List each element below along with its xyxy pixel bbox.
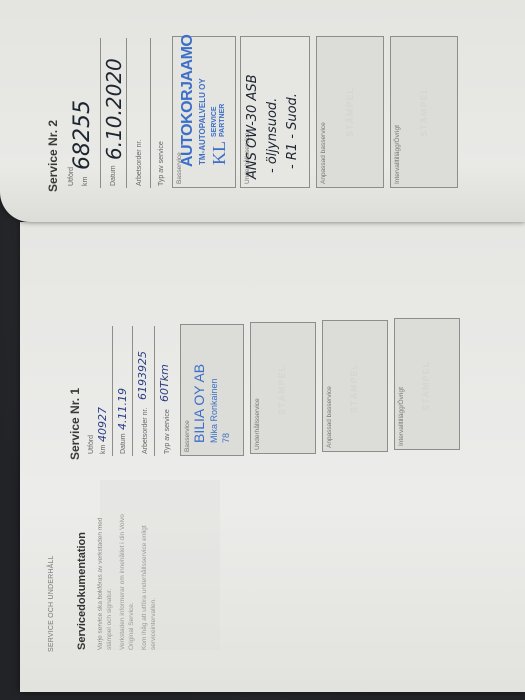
page-right: Service Nr. 2 Utförd km 68255 Datum 6.10… [0, 0, 525, 222]
service-1-stamp-line1: BILIA OY AB [191, 364, 207, 443]
service-2-title: Service Nr. 2 [46, 120, 60, 192]
service-2-km-value: 68255 [70, 100, 95, 170]
service-2-stamp-sub: TM-AUTOPALVELU OY [198, 78, 207, 165]
service-2-datum-label: Datum [110, 165, 117, 186]
booklet-title: Servicedokumentation [76, 532, 88, 650]
service-1-typ-label: Typ av service [164, 409, 171, 454]
service-1-arbetsorder-value: 6193925 [136, 351, 149, 400]
service-1-stamp-line2: Mika Ronkainen [209, 378, 219, 443]
service-2-stamp-brand: AUTOKORJAAMO [179, 35, 197, 167]
service-1-typ-value: 60Tkm [158, 364, 171, 402]
service-1-intervall-box: Intervalltillägg/Övrigt STÄMPEL [394, 318, 460, 450]
service-2-underhall-box: Underhållsservice ANS OW-30 ASB - öljyns… [240, 36, 310, 188]
service-2-note-3: - R1 - Suod. [285, 93, 300, 169]
service-1-title: Service Nr. 1 [68, 388, 82, 460]
service-2-intervall-box: Intervalltillägg/Övrigt STÄMPEL [390, 36, 458, 188]
service-2-note-2: - öljynsuod. [265, 98, 280, 173]
service-1-datum-label: Datum [120, 433, 127, 454]
service-1-stamp-line3: 78 [221, 433, 231, 443]
service-2-stamp-partner1: SERVICE [211, 106, 218, 137]
service-2-datum-value: 6.10.2020 [102, 58, 126, 160]
service-2-stamp-kl: KL [209, 141, 230, 165]
service-1-datum-value: 4.11.19 [116, 388, 129, 430]
service-1-basservice-box: Basservice BILIA OY AB Mika Ronkainen 78 [180, 324, 244, 456]
service-2-arbetsorder-label: Arbetsorder nr. [136, 140, 143, 186]
service-2-basservice-box: Basservice AUTOKORJAAMO TM-AUTOPALVELU O… [172, 36, 236, 188]
service-1-anpassad-box: Anpassad basservice STÄMPEL [322, 320, 388, 452]
section-header: SERVICE OCH UNDERHÅLL [48, 555, 55, 652]
service-2-km-label: km [82, 177, 89, 186]
photo-stage: Service Nr. 3 Utförd km 9792 Datum 3.6. … [0, 0, 525, 700]
service-2-note-1: ANS OW-30 ASB [245, 74, 260, 179]
service-1-km-label: km [100, 445, 107, 454]
service-2-stamp-partner2: PARTNER [219, 104, 226, 137]
intro-shade [100, 480, 220, 650]
page-left: SERVICE OCH UNDERHÅLL Servicedokumentati… [20, 222, 525, 692]
service-1-arbetsorder-label: Arbetsorder nr. [142, 408, 149, 454]
service-2-anpassad-box: Anpassad basservice STÄMPEL [316, 36, 384, 188]
service-2-typ-label: Typ av service [158, 141, 165, 186]
service-1-utford-label: Utförd [88, 435, 95, 454]
service-1-km-value: 40927 [96, 407, 109, 442]
service-1-underhall-box: Underhållsservice STÄMPEL [250, 322, 316, 454]
